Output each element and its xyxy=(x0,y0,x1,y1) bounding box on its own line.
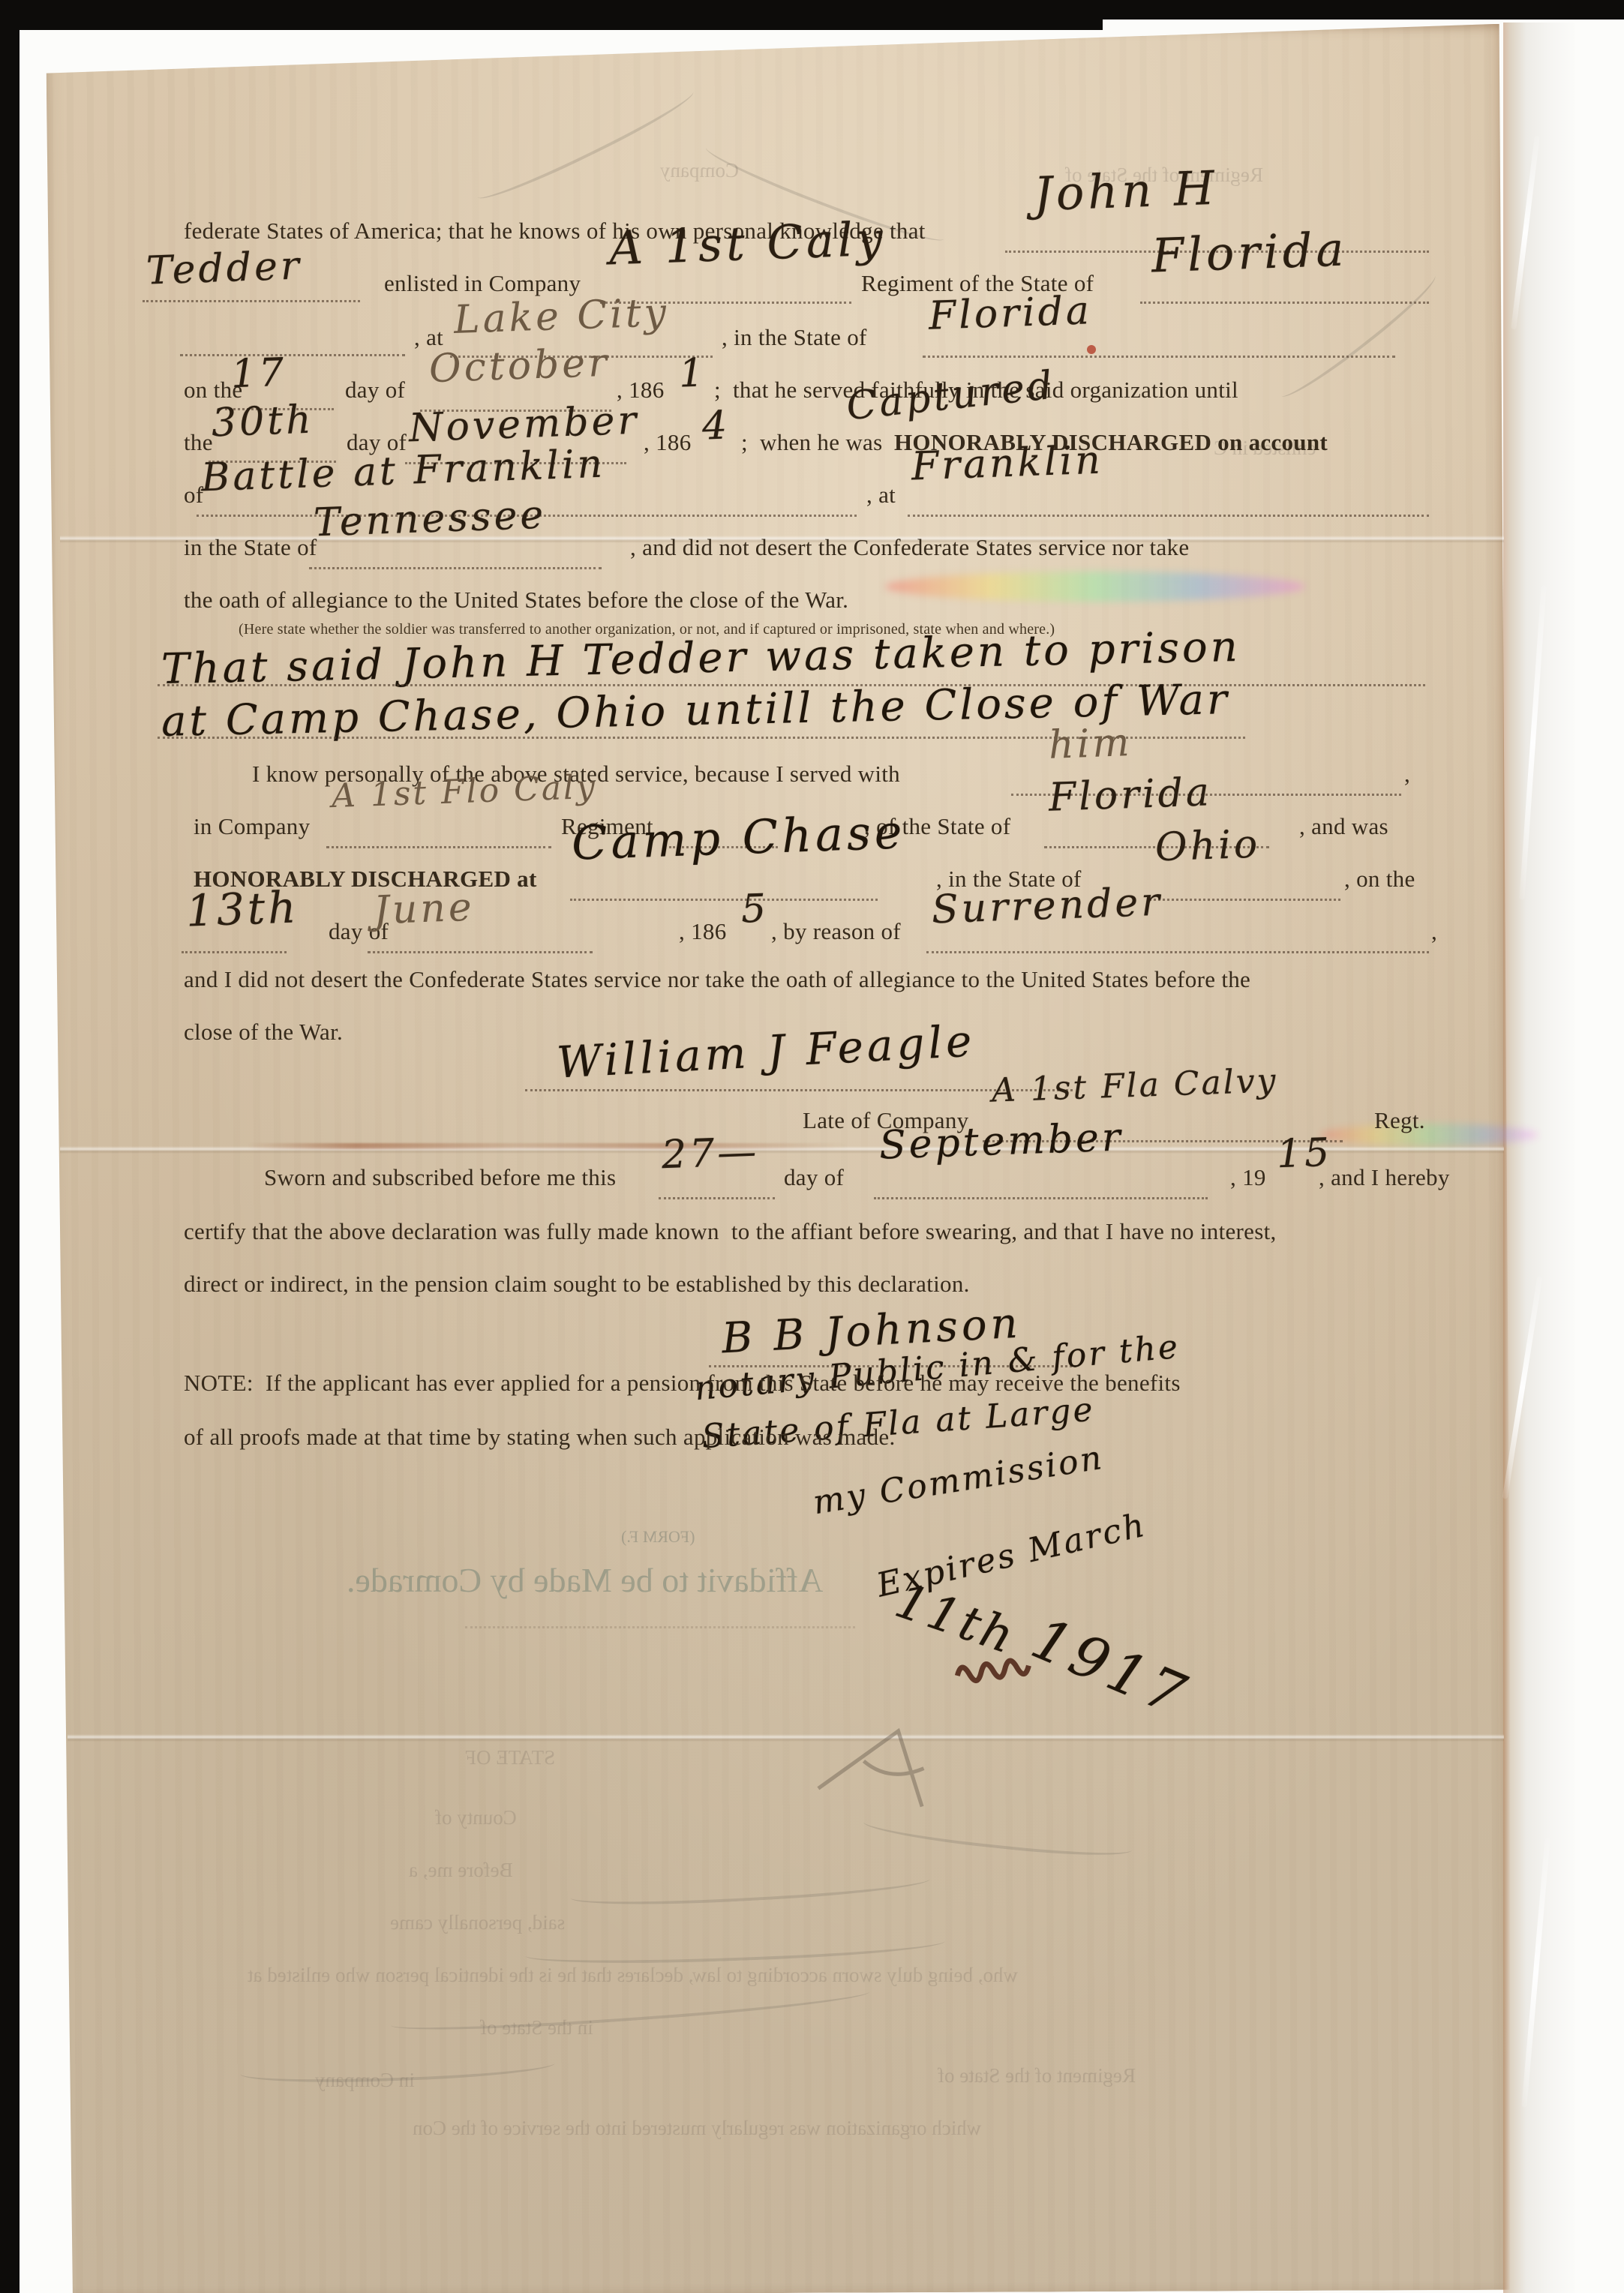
hw-enlist-place: Lake City xyxy=(453,290,670,343)
blank-rule xyxy=(874,1197,1208,1199)
form-text-comma: , xyxy=(1404,761,1410,788)
blank-rule xyxy=(368,951,593,953)
hw-company-unit: A 1st Caly xyxy=(608,212,887,276)
blank-rule xyxy=(1149,899,1340,901)
hw-soldier-surname: Tedder xyxy=(146,243,303,293)
hw-battle-state: Tennessee xyxy=(313,493,547,546)
hw-discharge-month: November xyxy=(408,398,640,452)
form-text-when-he-was: ; when he was xyxy=(741,429,882,456)
hw-discharge-camp: Camp Chase xyxy=(571,804,907,871)
ghost-county-of: County of xyxy=(435,1806,517,1829)
blank-rule xyxy=(908,515,1429,517)
hw-enlist-state: Florida xyxy=(928,288,1093,339)
form-text-did-not-desert-2: and I did not desert the Confederate Sta… xyxy=(184,966,1250,993)
scan-iridescence xyxy=(1320,1124,1538,1146)
form-text-sworn-subscribed: Sworn and subscribed before me this xyxy=(264,1164,616,1191)
form-text-close-of-war: close of the War. xyxy=(184,1019,343,1046)
form-text-direct-or-indirect: direct or indirect, in the pension claim… xyxy=(184,1271,970,1298)
form-text-in-state-of-2: in the State of xyxy=(184,534,317,561)
form-text-day-of-4: day of xyxy=(784,1164,844,1191)
hw-served-with: him xyxy=(1048,720,1133,768)
form-text-and-was: , and was xyxy=(1299,813,1388,840)
form-text-19: , 19 xyxy=(1230,1164,1266,1191)
scanned-affidavit-page: Company Regiment of the State of enliste… xyxy=(0,0,1624,2293)
ghost-state-of: STATE OF xyxy=(465,1746,555,1769)
ghost-before-me: Before me, a xyxy=(409,1859,513,1882)
hw-discharge-day: 30th xyxy=(211,398,315,446)
form-text-day-of: day of xyxy=(345,377,405,404)
blank-rule xyxy=(143,300,360,302)
ghost-mustered: which organization was regularly mustere… xyxy=(413,2117,981,2140)
form-note-line2: of all proofs made at that time by stati… xyxy=(184,1424,896,1451)
ghost-form-f: (FORM F.) xyxy=(621,1527,695,1547)
form-text-in-state-of: , in the State of xyxy=(722,324,867,351)
blank-rule xyxy=(659,1197,775,1199)
form-text-comma-2: , xyxy=(1431,918,1437,945)
form-text-enlisted-in-company: enlisted in Company xyxy=(384,270,581,297)
blank-rule xyxy=(1140,302,1429,304)
form-text-of: of xyxy=(184,482,203,509)
signature-rule xyxy=(525,1089,1073,1091)
scanner-edge-left xyxy=(0,0,20,2293)
blank-rule xyxy=(923,356,1395,358)
form-text-186-2: , 186 xyxy=(644,429,692,456)
ghost-rule xyxy=(465,1626,855,1628)
hw-enlist-month: October xyxy=(428,341,611,392)
hw-state-ohio: Ohio xyxy=(1154,822,1261,871)
form-text-oath-of-allegiance: the oath of allegiance to the United Sta… xyxy=(184,587,848,614)
hw-enlist-year-digit: 1 xyxy=(678,350,707,396)
form-text-in-company: in Company xyxy=(194,813,310,840)
hw-soldier-first-name: John H xyxy=(1033,161,1219,222)
hw-final-day: 13th xyxy=(185,881,300,936)
blank-rule xyxy=(326,846,551,848)
hw-discharge-reason: Surrender xyxy=(931,880,1163,933)
hw-sworn-month: September xyxy=(878,1115,1124,1168)
hw-final-month: June xyxy=(373,885,476,934)
blank-rule xyxy=(182,951,287,953)
form-text-on-the-2: , on the xyxy=(1344,866,1415,893)
hw-final-year-digit: 5 xyxy=(740,886,770,932)
form-text-and-i-hereby: , and I hereby xyxy=(1319,1164,1450,1191)
hw-enlist-day: 17 xyxy=(230,350,287,398)
ghost-regiment-state: Regiment of the State of xyxy=(938,2064,1136,2087)
form-note-line1: NOTE: If the applicant has ever applied … xyxy=(184,1370,1181,1397)
hw-discharge-year-digit: 4 xyxy=(701,403,731,449)
ghost-duly-sworn: who, being duly sworn according to law, … xyxy=(248,1964,1018,1987)
form-text-certify: certify that the above declaration was f… xyxy=(184,1218,1277,1245)
form-text-did-not-desert: , and did not desert the Confederate Sta… xyxy=(630,534,1189,561)
blank-rule xyxy=(180,354,405,356)
form-text-regt: Regt. xyxy=(1374,1107,1425,1134)
scanner-edge-top-thick xyxy=(0,0,1103,30)
form-text-186-3: , 186 xyxy=(679,918,727,945)
blank-rule xyxy=(926,951,1429,953)
hw-state-florida: Florida xyxy=(1151,221,1349,283)
scan-iridescence xyxy=(885,572,1305,602)
blank-rule xyxy=(309,567,602,569)
form-text-by-reason-of: , by reason of xyxy=(771,918,901,945)
red-ink-dot xyxy=(1087,345,1096,354)
blank-rule xyxy=(570,899,878,901)
hw-state-florida-2: Florida xyxy=(1048,770,1213,821)
hw-sworn-day: 27— xyxy=(661,1130,760,1178)
form-text-at-2: , at xyxy=(866,482,896,509)
fold-crease xyxy=(68,1734,1504,1742)
ghost-personally-came: said, personally came xyxy=(390,1911,565,1934)
ghost-title-affidavit: Affidavit to be Made by Comrade. xyxy=(347,1560,823,1600)
form-text-the: the xyxy=(184,429,213,456)
hw-discharge-place: Franklin xyxy=(911,438,1104,490)
